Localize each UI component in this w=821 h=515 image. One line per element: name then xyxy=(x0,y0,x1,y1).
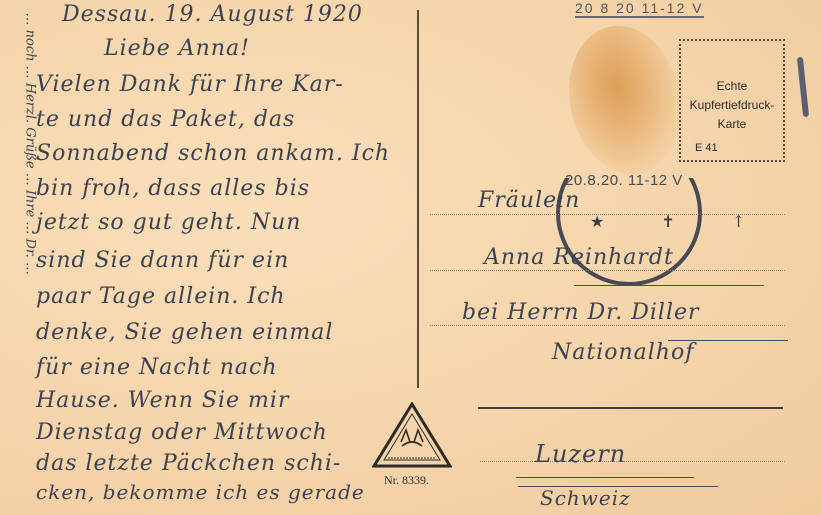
postcard: 20 8 20 11-12 V … noch … Herzl. Grüße … … xyxy=(0,0,821,515)
salutation: Liebe Anna! xyxy=(104,36,250,61)
triangle-monogram-logo xyxy=(372,402,452,470)
underline xyxy=(574,285,764,286)
message-line: te und das Paket, das xyxy=(36,107,295,132)
message-line: sind Sie dann für ein xyxy=(36,248,289,273)
message-line: das letzte Päckchen schi- xyxy=(36,451,341,476)
message-line: Dienstag oder Mittwoch xyxy=(36,420,328,445)
publisher-number: Nr. 8339. xyxy=(384,473,429,488)
address-dotline xyxy=(430,270,785,271)
postmark-date: 20.8.20. 11-12 V xyxy=(565,172,683,189)
stamp-box: Echte Kupfertiefdruck- Karte E 41 xyxy=(679,39,785,162)
place-date: Dessau. 19. August 1920 xyxy=(62,2,363,27)
underline xyxy=(516,477,694,478)
address-dotline xyxy=(480,461,785,462)
stamp-text-1: Echte xyxy=(681,77,783,96)
address-dotline xyxy=(430,214,785,215)
stamp-text-3: Karte xyxy=(681,115,783,134)
message-line: für eine Nacht nach xyxy=(36,355,278,380)
center-divider xyxy=(417,10,419,388)
rust-stain xyxy=(556,15,695,185)
message-line: bin froh, dass alles bis xyxy=(36,176,310,201)
message-line: cken, bekomme ich es gerade xyxy=(36,480,365,504)
address-country: Schweiz xyxy=(540,486,631,510)
message-line: paar Tage allein. Ich xyxy=(36,284,286,309)
message-line: denke, Sie gehen einmal xyxy=(36,320,333,345)
stamp-text-2: Kupfertiefdruck- xyxy=(681,96,783,115)
stamp-code: E 41 xyxy=(695,139,718,158)
address-line-4: Nationalhof xyxy=(552,340,694,365)
message-line: Hause. Wenn Sie mir xyxy=(36,388,289,413)
address-dotline xyxy=(430,325,785,326)
ink-mark xyxy=(797,57,809,117)
top-postmark-fragment: 20 8 20 11-12 V xyxy=(575,0,704,18)
address-line-3: bei Herrn Dr. Diller xyxy=(462,300,700,325)
address-rule xyxy=(478,407,783,409)
address-line-2: Anna Reinhardt xyxy=(484,245,674,270)
address-line-1: Fräulein xyxy=(478,188,580,213)
message-line: Vielen Dank für Ihre Kar- xyxy=(36,72,344,97)
address-city: Luzern xyxy=(535,440,626,468)
message-line: Sonnabend schon ankam. Ich xyxy=(36,141,390,166)
message-line: jetzt so gut geht. Nun xyxy=(36,210,301,235)
